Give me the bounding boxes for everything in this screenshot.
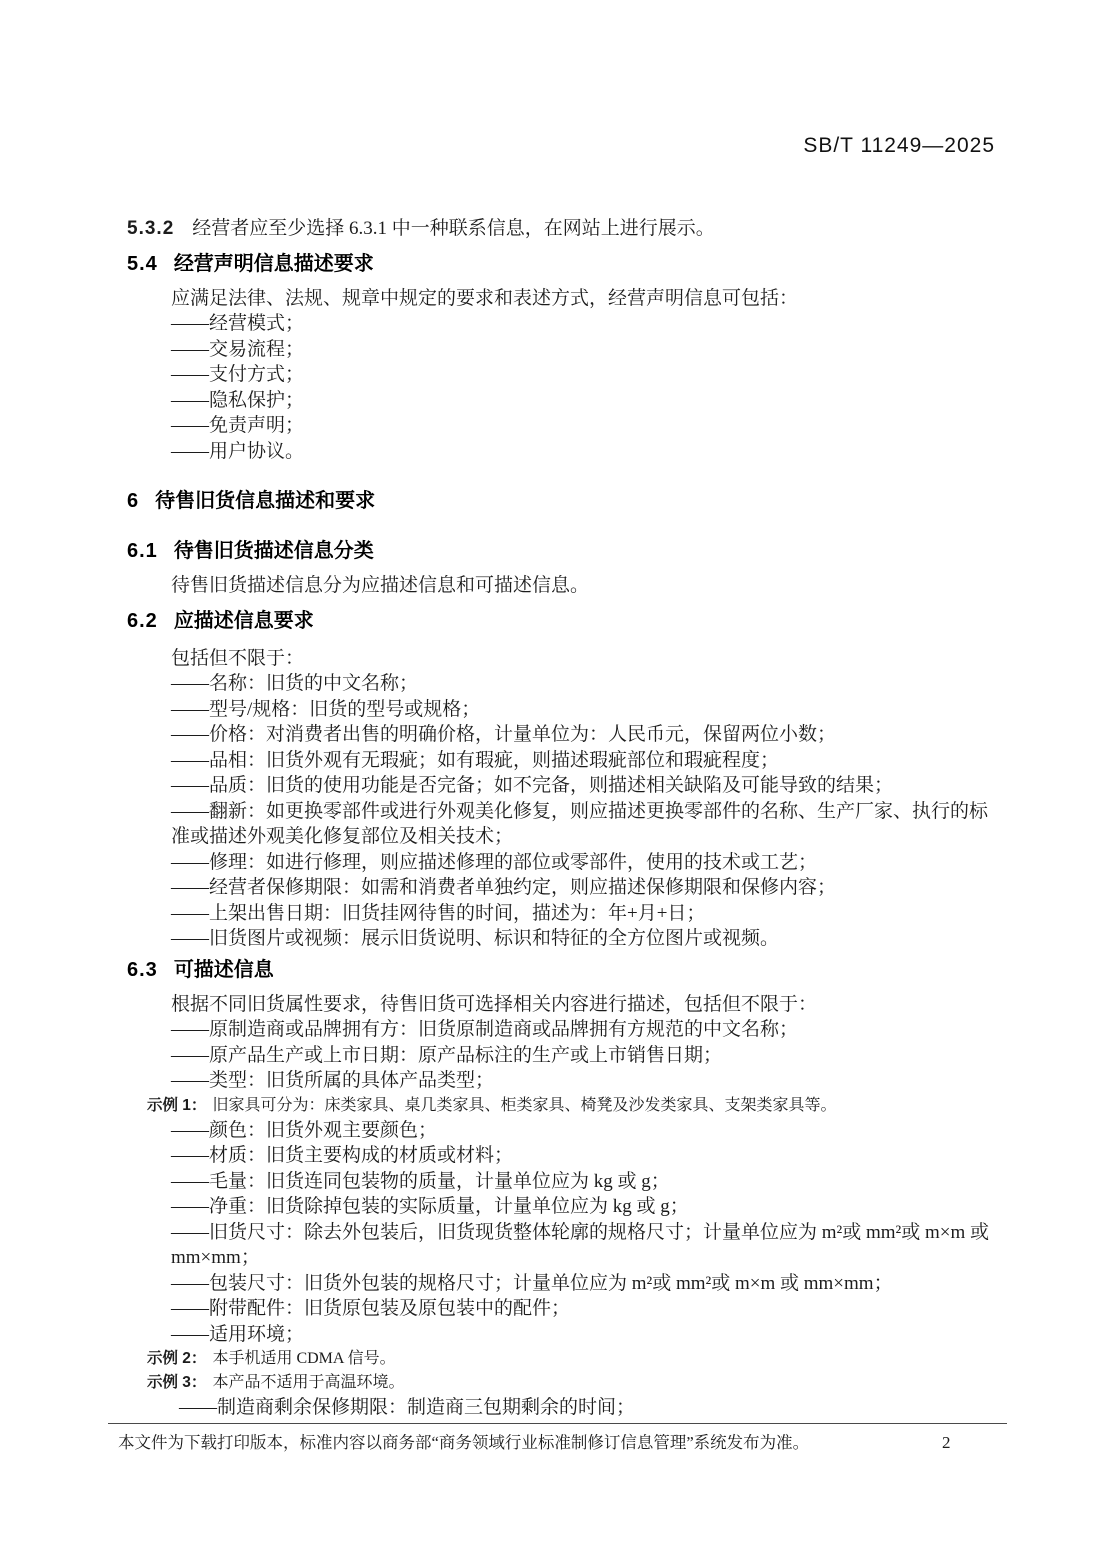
example-label: 示例 3： xyxy=(147,1374,206,1391)
list-5-4: ——经营模式； ——交易流程； ——支付方式； ——隐私保护； ——免责声明； … xyxy=(127,311,995,464)
example-label: 示例 2： xyxy=(147,1350,206,1367)
heading-title: 待售旧货信息描述和要求 xyxy=(155,490,375,512)
heading-number: 6.2 xyxy=(127,610,158,632)
list-6-2: ——名称：旧货的中文名称； ——型号/规格：旧货的型号或规格； ——价格：对消费… xyxy=(127,671,995,952)
clause-5-3-2: 5.3.2经营者应至少选择 6.3.1 中一种联系信息，在网站上进行展示。 xyxy=(127,216,995,242)
dash-item: ——材质：旧货主要构成的材质或材料； xyxy=(171,1143,995,1169)
dash-item: ——翻新：如更换零部件或进行外观美化修复，则应描述更换零部件的名称、生产厂家、执… xyxy=(171,799,995,850)
heading-number: 6 xyxy=(127,490,139,512)
heading-6-1: 6.1待售旧货描述信息分类 xyxy=(127,538,995,564)
example-text: 本手机适用 CDMA 信号。 xyxy=(212,1350,395,1367)
para-6-2-intro: 包括但不限于： xyxy=(127,646,995,672)
dash-item: ——旧货图片或视频：展示旧货说明、标识和特征的全方位图片或视频。 xyxy=(171,926,995,952)
heading-number: 5.4 xyxy=(127,253,158,275)
clause-number: 5.3.2 xyxy=(127,218,174,239)
dash-item: ——交易流程； xyxy=(171,337,995,363)
dash-item: ——净重：旧货除掉包装的实际质量，计量单位应为 kg 或 g； xyxy=(171,1194,995,1220)
document-page: SB/T 11249—2025 5.3.2经营者应至少选择 6.3.1 中一种联… xyxy=(0,0,1102,1559)
dash-item: ——经营者保修期限：如需和消费者单独约定，则应描述保修期限和保修内容； xyxy=(171,875,995,901)
list-6-3-b: ——颜色：旧货外观主要颜色； ——材质：旧货主要构成的材质或材料； ——毛量：旧… xyxy=(127,1118,995,1348)
dash-item: ——附带配件：旧货原包装及原包装中的配件； xyxy=(171,1296,995,1322)
dash-item: ——毛量：旧货连同包装物的质量，计量单位应为 kg 或 g； xyxy=(171,1169,995,1195)
dash-item: ——适用环境； xyxy=(171,1322,995,1348)
dash-item: ——旧货尺寸：除去外包装后，旧货现货整体轮廓的规格尺寸；计量单位应为 m²或 m… xyxy=(171,1220,995,1271)
footer-divider xyxy=(108,1423,1007,1424)
example-3: 示例 3：本产品不适用于高温环境。 xyxy=(147,1371,995,1395)
dash-item: ——修理：如进行修理，则应描述修理的部位或零部件，使用的技术或工艺； xyxy=(171,850,995,876)
example-text: 本产品不适用于高温环境。 xyxy=(212,1374,404,1391)
dash-item: ——品质：旧货的使用功能是否完备；如不完备，则描述相关缺陷及可能导致的结果； xyxy=(171,773,995,799)
heading-6: 6待售旧货信息描述和要求 xyxy=(127,488,995,514)
list-6-3-a: ——原制造商或品牌拥有方：旧货原制造商或品牌拥有方规范的中文名称； ——原产品生… xyxy=(127,1017,995,1094)
dash-item: ——用户协议。 xyxy=(171,439,995,465)
heading-title: 可描述信息 xyxy=(174,959,274,981)
heading-5-4: 5.4经营声明信息描述要求 xyxy=(127,251,995,277)
heading-6-3: 6.3可描述信息 xyxy=(127,957,995,983)
heading-title: 经营声明信息描述要求 xyxy=(174,253,374,275)
dash-item: ——隐私保护； xyxy=(171,388,995,414)
dash-item: ——类型：旧货所属的具体产品类型； xyxy=(171,1068,995,1094)
example-1: 示例 1：旧家具可分为：床类家具、桌几类家具、柜类家具、椅凳及沙发类家具、支架类… xyxy=(147,1094,995,1118)
dash-item: ——原产品生产或上市日期：原产品标注的生产或上市销售日期； xyxy=(171,1043,995,1069)
dash-item: ——制造商剩余保修期限：制造商三包期剩余的时间； xyxy=(179,1395,995,1421)
list-6-3-c: ——制造商剩余保修期限：制造商三包期剩余的时间； xyxy=(127,1395,995,1421)
dash-item: ——价格：对消费者出售的明确价格，计量单位为：人民币元，保留两位小数； xyxy=(171,722,995,748)
dash-item: ——经营模式； xyxy=(171,311,995,337)
dash-item: ——免责声明； xyxy=(171,413,995,439)
dash-item: ——颜色：旧货外观主要颜色； xyxy=(171,1118,995,1144)
para-5-4-intro: 应满足法律、法规、规章中规定的要求和表述方式，经营声明信息可包括： xyxy=(127,286,995,312)
page-content: 5.3.2经营者应至少选择 6.3.1 中一种联系信息，在网站上进行展示。 5.… xyxy=(127,216,995,1421)
heading-number: 6.1 xyxy=(127,540,158,562)
example-2: 示例 2：本手机适用 CDMA 信号。 xyxy=(147,1347,995,1371)
standard-number: SB/T 11249—2025 xyxy=(803,134,995,158)
dash-item: ——原制造商或品牌拥有方：旧货原制造商或品牌拥有方规范的中文名称； xyxy=(171,1017,995,1043)
clause-text: 经营者应至少选择 6.3.1 中一种联系信息，在网站上进行展示。 xyxy=(192,218,715,239)
example-label: 示例 1： xyxy=(147,1097,206,1114)
dash-item: ——包装尺寸：旧货外包装的规格尺寸；计量单位应为 m²或 mm²或 m×m 或 … xyxy=(171,1271,995,1297)
heading-title: 应描述信息要求 xyxy=(174,610,314,632)
heading-number: 6.3 xyxy=(127,959,158,981)
page-number: 2 xyxy=(942,1433,951,1453)
dash-item: ——型号/规格：旧货的型号或规格； xyxy=(171,697,995,723)
dash-item: ——上架出售日期：旧货挂网待售的时间，描述为：年+月+日； xyxy=(171,901,995,927)
footer-note: 本文件为下载打印版本，标准内容以商务部“商务领域行业标准制修订信息管理”系统发布… xyxy=(118,1432,809,1454)
example-text: 旧家具可分为：床类家具、桌几类家具、柜类家具、椅凳及沙发类家具、支架类家具等。 xyxy=(212,1097,836,1114)
dash-item: ——品相：旧货外观有无瑕疵；如有瑕疵，则描述瑕疵部位和瑕疵程度； xyxy=(171,748,995,774)
para-6-1-body: 待售旧货描述信息分为应描述信息和可描述信息。 xyxy=(127,573,995,599)
heading-6-2: 6.2应描述信息要求 xyxy=(127,608,995,634)
dash-item: ——名称：旧货的中文名称； xyxy=(171,671,995,697)
para-6-3-intro: 根据不同旧货属性要求，待售旧货可选择相关内容进行描述，包括但不限于： xyxy=(127,992,995,1018)
heading-title: 待售旧货描述信息分类 xyxy=(174,540,374,562)
dash-item: ——支付方式； xyxy=(171,362,995,388)
